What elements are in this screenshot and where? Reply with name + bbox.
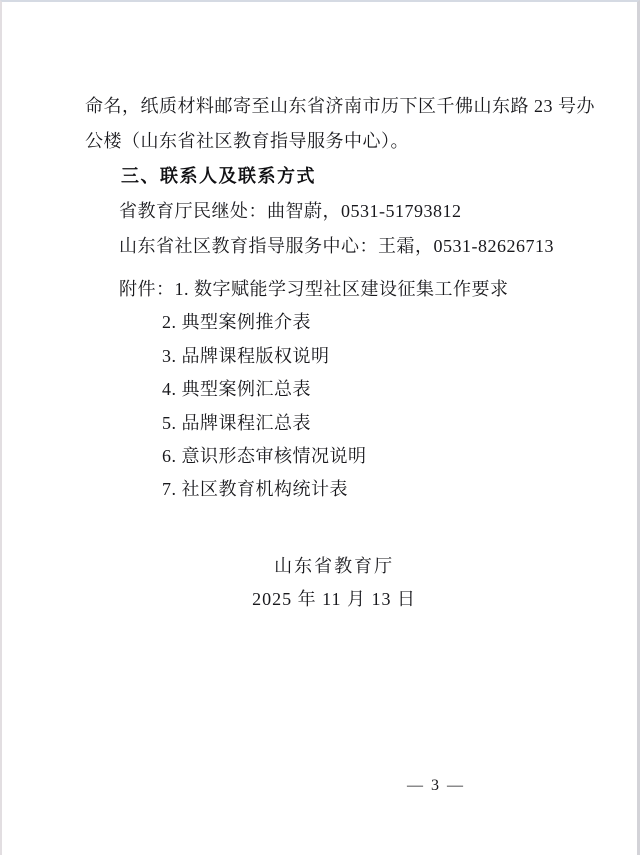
document-page: 命名，纸质材料邮寄至山东省济南市历下区千佛山东路 23 号办 公楼（山东省社区教…	[0, 0, 640, 855]
document-content: 命名，纸质材料邮寄至山东省济南市历下区千佛山东路 23 号办 公楼（山东省社区教…	[2, 2, 637, 796]
page-number: — 3 —	[85, 776, 557, 796]
attachment-item-2: 2. 典型案例推介表	[85, 306, 557, 339]
paragraph-line-1: 命名，纸质材料邮寄至山东省济南市历下区千佛山东路 23 号办	[85, 89, 557, 124]
attachment-item-4: 4. 典型案例汇总表	[85, 373, 557, 406]
attachment-item-5: 5. 品牌课程汇总表	[85, 407, 557, 440]
contact-line-education-dept: 省教育厅民继处：曲智蔚，0531-51793812	[85, 194, 557, 229]
section-heading: 三、联系人及联系方式	[85, 159, 557, 194]
signature-issuer: 山东省教育厅	[252, 549, 416, 584]
attachment-item-6: 6. 意识形态审核情况说明	[85, 440, 557, 473]
signature-date: 2025 年 11 月 13 日	[252, 584, 416, 615]
attachment-item-7: 7. 社区教育机构统计表	[85, 473, 557, 506]
signature-block: 山东省教育厅 2025 年 11 月 13 日	[252, 549, 416, 615]
attachment-list: 附件：1. 数字赋能学习型社区建设征集工作要求 2. 典型案例推介表 3. 品牌…	[85, 273, 557, 507]
attachment-item-1-text: 1. 数字赋能学习型社区建设征集工作要求	[175, 279, 509, 299]
attachment-item-3: 3. 品牌课程版权说明	[85, 340, 557, 373]
contact-line-guidance-center: 山东省社区教育指导服务中心：王霜，0531-82626713	[85, 229, 557, 264]
paragraph-line-2: 公楼（山东省社区教育指导服务中心）。	[85, 124, 557, 159]
attachment-item-1: 附件：1. 数字赋能学习型社区建设征集工作要求	[85, 273, 557, 306]
attachment-label: 附件：	[119, 279, 175, 299]
